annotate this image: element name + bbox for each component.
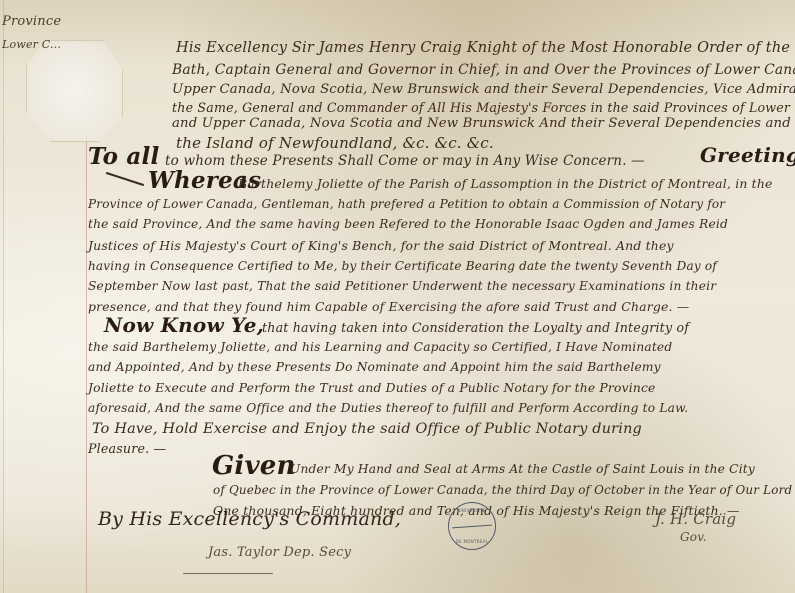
seal-paper-patch [26,40,123,142]
left-edge-rule [3,0,4,593]
given-line-2: of Quebec in the Province of Lower Canad… [213,483,792,497]
now-know-ye-line-4: Joliette to Execute and Perform the Trus… [88,381,656,395]
stamp-bottom-text: DE MONTREAL [456,539,489,544]
stamp-top-text: UNIVERSITE [459,508,486,513]
margin-rule [86,120,87,593]
governor-signature-title: Gov. [680,530,707,544]
whereas-line-7: presence, and that they found him Capabl… [88,299,689,314]
now-know-ye-line-7: Pleasure. — [88,441,166,456]
stamp-bar [452,525,492,529]
heading-line-2: Bath, Captain General and Governor in Ch… [172,62,795,78]
whereas-line-3: the said Province, And the same having b… [88,217,728,231]
now-know-ye-lead: Now Know Ye, [104,313,264,337]
now-know-ye-line-5: aforesaid, And the same Office and the D… [88,401,688,415]
salutation-lead: To all [88,143,159,170]
heading-line-6: the Island of Newfoundland, &c. &c. &c. [176,134,494,152]
now-know-ye-line-6: To Have, Hold Exercise and Enjoy the sai… [92,421,642,437]
now-know-ye-line-3: and Appointed, And by these Presents Do … [88,360,661,374]
whereas-line-5: having in Consequence Certified to Me, b… [88,259,717,273]
given-line-1: Under My Hand and Seal at Arms At the Ca… [290,462,755,476]
given-lead: Given [212,451,296,481]
now-know-ye-line-2: the said Barthelemy Joliette, and his Le… [88,340,672,354]
heading-line-4: the Same, General and Commander of All H… [172,100,795,115]
heading-line-1: His Excellency Sir James Henry Craig Kni… [176,40,790,56]
whereas-flourish [106,172,145,186]
governor-signature: J. H. Craig [655,510,736,528]
corner-note-province: Province [2,14,61,29]
manuscript-page: Province Lower C... His Excellency Sir J… [0,0,795,593]
salutation-greeting: Greeting [700,143,795,167]
whereas-line-2: Province of Lower Canada, Gentleman, hat… [88,197,725,211]
whereas-line-6: September Now last past, That the said P… [88,279,716,293]
signature-flourish [183,573,273,574]
corner-note-lower-canada: Lower C... [2,38,61,51]
whereas-line-1: Barthelemy Joliette of the Parish of Las… [238,176,773,191]
university-stamp: UNIVERSITE DE MONTREAL [448,502,496,550]
heading-line-5: and Upper Canada, Nova Scotia and New Br… [172,116,795,131]
whereas-line-4: Justices of His Majesty's Court of King'… [88,238,674,253]
heading-line-3: Upper Canada, Nova Scotia, New Brunswick… [172,82,795,97]
by-command-line: By His Excellency's Command, [98,508,401,530]
now-know-ye-line-1: that having taken into Consideration the… [262,320,689,335]
secretary-signature: Jas. Taylor Dep. Secy [208,545,351,560]
